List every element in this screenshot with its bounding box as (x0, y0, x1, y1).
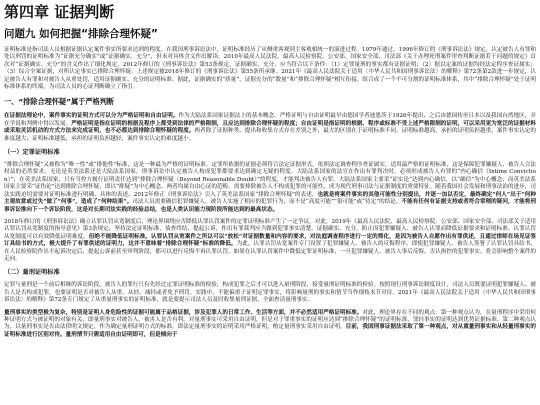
bold-text: 在证据法理论中，案件事实的证明方式可以分为严格证明和自由证明。 (4, 113, 178, 119)
bold-text: 量刑事实的类型极为复杂，特别是证明人身危险性的证据可能属于品格证据，涉及犯罪人的… (4, 310, 362, 316)
subsection2-paragraph-1: 定罪与量刑是一个前后相继的诉讼阶段，被告人的罪行只有先经过定罪证明标准的检验，构… (4, 282, 536, 304)
section1-paragraph: 在证据法理论中，案件事实的证明方式可以分为严格证明和自由证明。作为大陆法系国家证… (4, 113, 536, 143)
subsection-title: （一）定罪证明标准 (4, 148, 536, 157)
chapter-title: 第四章 证据判断 (4, 3, 536, 21)
subsection-title: （二）量刑证明标准 (4, 268, 536, 277)
body-text: 司法人员需要确信犯罪嫌疑人、被告人实施了相应的犯罪行为，而不是“高度可能”“很可… (132, 199, 401, 205)
document-page: 第四章 证据判断 问题九 如何把握“排除合理怀疑” 证明标准是指司法人员根据证据… (0, 0, 540, 339)
intro-paragraph: 证明标准是指司法人员根据证据认定案件事实所要求达到的程度。在我国刑事诉讼法中，证… (4, 47, 536, 91)
subsection1-paragraph-2: 2018年修订的《刑事诉讼法》确立认罪认罚从宽制度后，理论界围绕应否降低认罪认罚… (4, 219, 536, 263)
section-title: 一、“排除合理怀疑”属于严格判断 (4, 97, 536, 107)
question-title: 问题九 如何把握“排除合理怀疑” (4, 27, 536, 41)
subsection1-paragraph-1: “排除合理怀疑”又被称为“唯一性”或“排他性”标准，这是一种最为严格的证明标准。… (4, 162, 536, 214)
subsection2-paragraph-2: 量刑事实的类型极为复杂，特别是证明人身危险性的证据可能属于品格证据，涉及犯罪人的… (4, 310, 536, 340)
